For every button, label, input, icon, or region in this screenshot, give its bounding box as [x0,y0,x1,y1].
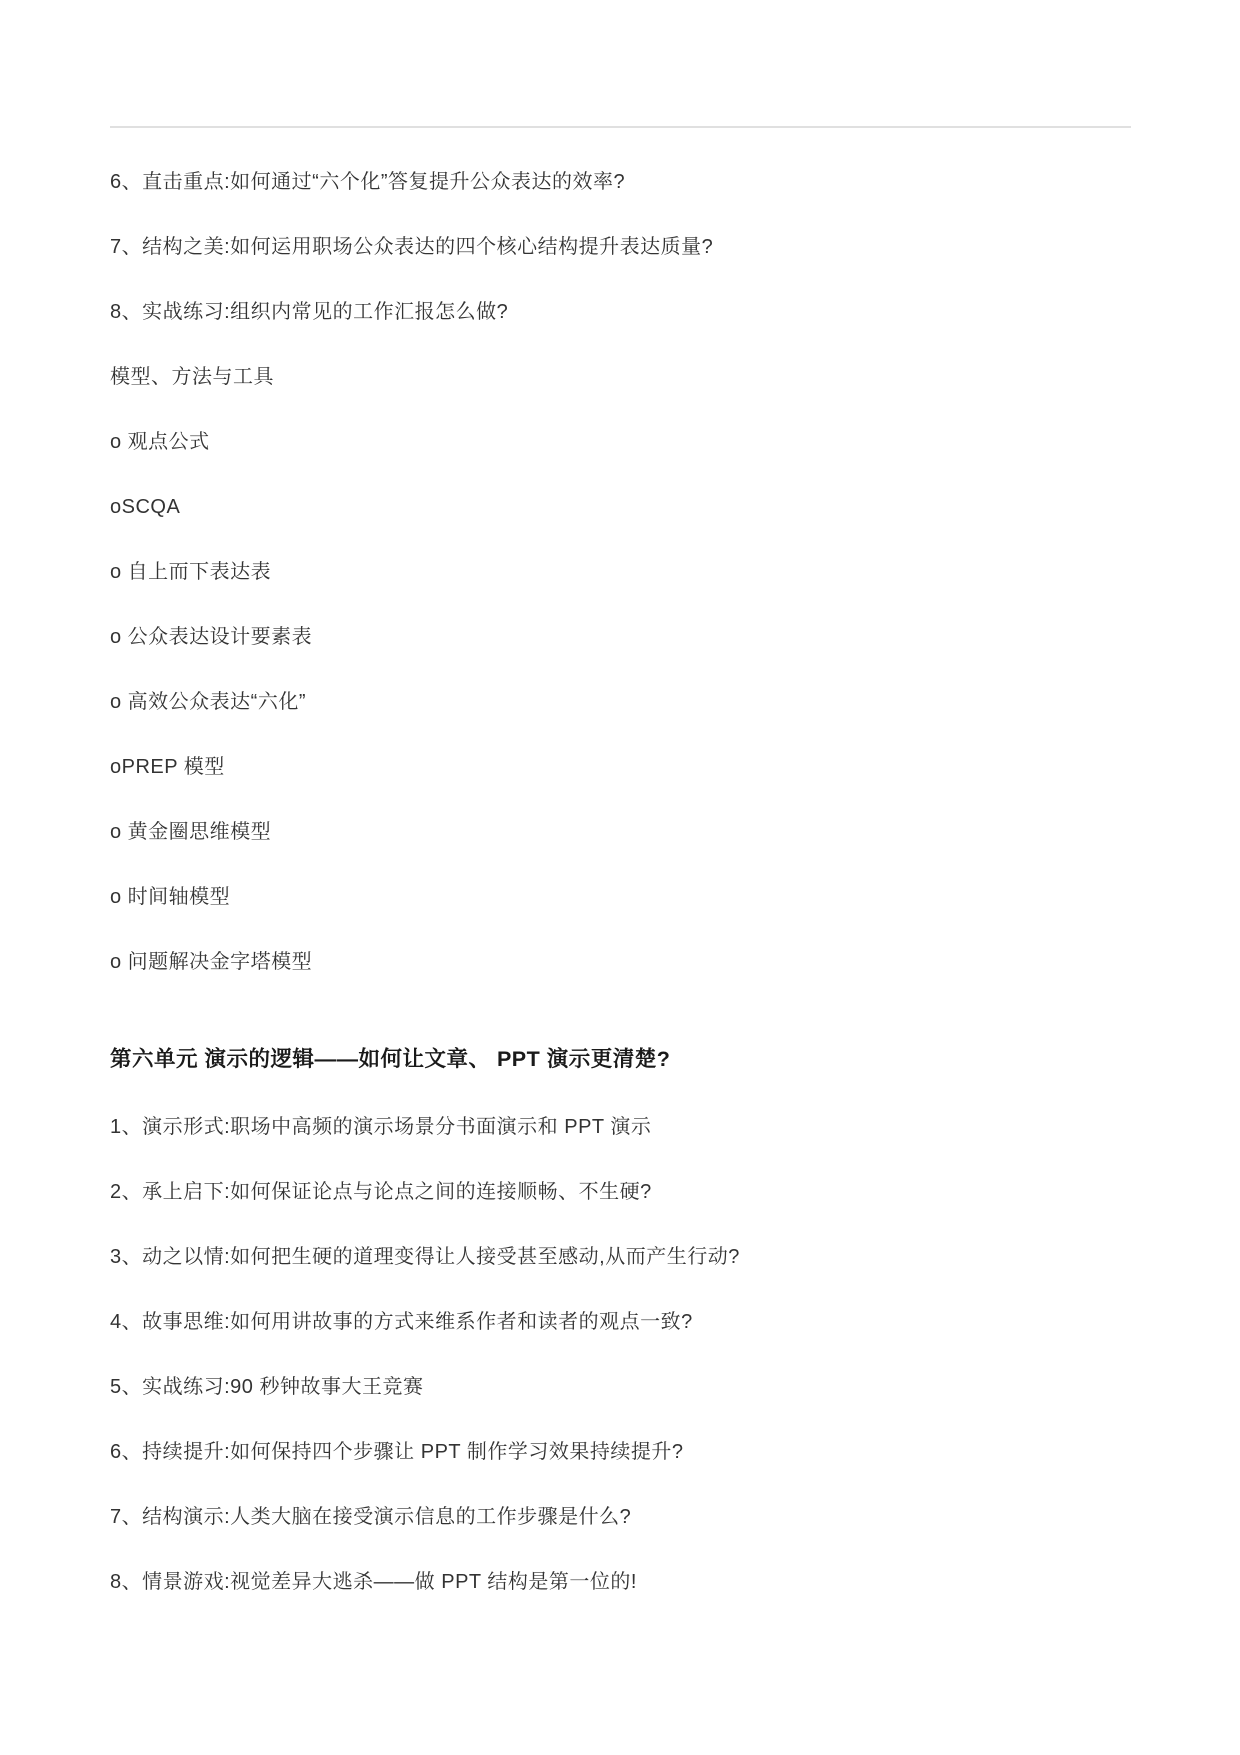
bullet-item: o 观点公式 [110,430,1131,454]
bullet-item: oSCQA [110,495,1131,519]
outline-item: 1、演示形式:职场中高频的演示场景分书面演示和 PPT 演示 [110,1115,1131,1139]
bullet-item: o 黄金圈思维模型 [110,820,1131,844]
outline-item: 4、故事思维:如何用讲故事的方式来维系作者和读者的观点一致? [110,1310,1131,1334]
bullet-item: o 自上而下表达表 [110,560,1131,584]
outline-item: 6、直击重点:如何通过“六个化”答复提升公众表达的效率? [110,170,1131,194]
bullet-item: o 高效公众表达“六化” [110,690,1131,714]
bullet-item: oPREP 模型 [110,755,1131,779]
outline-item: 5、实战练习:90 秒钟故事大王竞赛 [110,1375,1131,1399]
bullet-item: o 时间轴模型 [110,885,1131,909]
bullet-item: o 问题解决金字塔模型 [110,950,1131,974]
models-methods-tools-label: 模型、方法与工具 [110,365,1131,389]
outline-item: 2、承上启下:如何保证论点与论点之间的连接顺畅、不生硬? [110,1180,1131,1204]
outline-item: 6、持续提升:如何保持四个步骤让 PPT 制作学习效果持续提升? [110,1440,1131,1464]
page-top-divider [110,126,1131,128]
outline-item: 7、结构之美:如何运用职场公众表达的四个核心结构提升表达质量? [110,235,1131,259]
unit-heading: 第六单元 演示的逻辑——如何让文章、 PPT 演示更清楚? [110,1044,1131,1074]
outline-item: 8、情景游戏:视觉差异大逃杀——做 PPT 结构是第一位的! [110,1570,1131,1594]
document-page: 6、直击重点:如何通过“六个化”答复提升公众表达的效率? 7、结构之美:如何运用… [0,0,1240,1755]
outline-item: 3、动之以情:如何把生硬的道理变得让人接受甚至感动,从而产生行动? [110,1245,1131,1269]
outline-item: 8、实战练习:组织内常见的工作汇报怎么做? [110,300,1131,324]
outline-item: 7、结构演示:人类大脑在接受演示信息的工作步骤是什么? [110,1505,1131,1529]
document-content: 6、直击重点:如何通过“六个化”答复提升公众表达的效率? 7、结构之美:如何运用… [0,126,1240,1594]
bullet-item: o 公众表达设计要素表 [110,625,1131,649]
